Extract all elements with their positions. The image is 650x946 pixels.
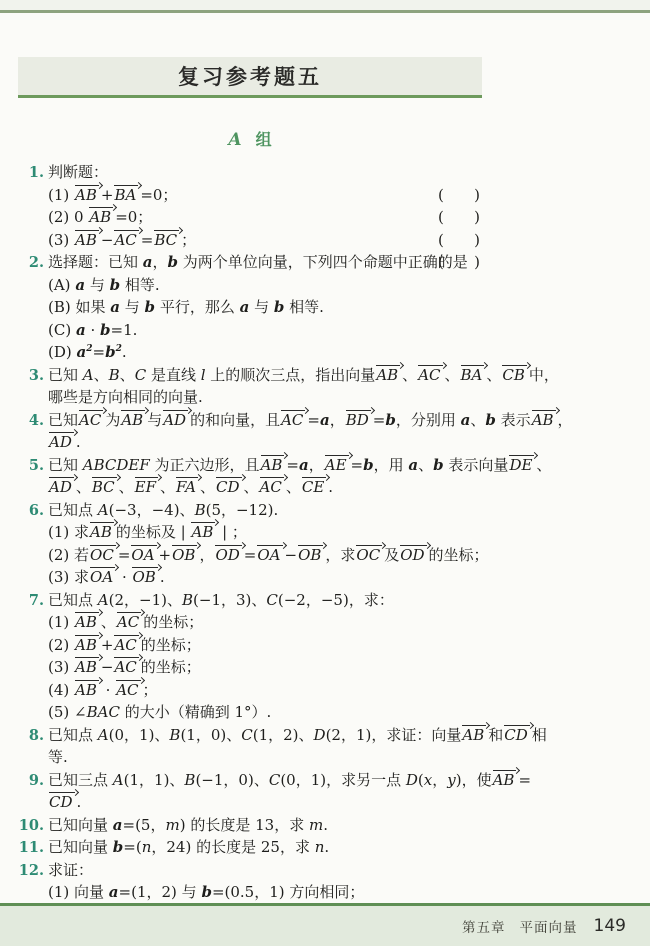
vector-notation: OC bbox=[355, 544, 384, 564]
problem-line: (1) AB、AC的坐标； bbox=[0, 611, 650, 634]
problem-line: (3) AB−AC的坐标； bbox=[0, 656, 650, 679]
problem-line: 9.已知三点 A(1，1)、B(−1，0)、C(0，1)，求另一点 D(x，y)… bbox=[0, 769, 650, 792]
problem-line: 7.已知点 A(2，−1)、B(−1，3)、C(−2，−5)，求： bbox=[0, 589, 650, 612]
problem-line: 4.已知AC为AB与AD的和向量，且AC=a，BD=b，分别用 a、b 表示AB… bbox=[0, 409, 650, 432]
problem-text: 已知向量 b=(n，24) 的长度是 25，求 n. bbox=[48, 836, 329, 859]
problem-number: 6. bbox=[18, 500, 44, 523]
group-heading: A组 bbox=[0, 127, 500, 150]
problem-line: (1) 求AB的坐标及 | AB | ； bbox=[0, 521, 650, 544]
problem-text: (A) a 与 b 相等. bbox=[48, 274, 160, 297]
vector-notation: CD bbox=[48, 791, 77, 811]
vector-notation: AB bbox=[74, 656, 101, 676]
problem-line: 10.已知向量 a=(5，m) 的长度是 13，求 m. bbox=[0, 814, 650, 837]
problem-text: (1) AB+BA=0； bbox=[48, 184, 177, 207]
problem-text: 哪些是方向相同的向量. bbox=[48, 386, 203, 409]
problem-text: (2) AB+AC的坐标； bbox=[48, 634, 201, 657]
problem-text: (1) 求AB的坐标及 | AB | ； bbox=[48, 521, 247, 544]
vector-notation: AB bbox=[74, 679, 101, 699]
problem-number: 2. bbox=[18, 252, 44, 275]
vector-notation: OB bbox=[171, 544, 199, 564]
problem-line: (2) 若OC=OA+OB，OD=OA−OB，求OC及OD的坐标； bbox=[0, 544, 650, 567]
problem-text: 求证： bbox=[48, 859, 93, 882]
vector-notation: CD bbox=[215, 476, 244, 496]
vector-notation: AB bbox=[375, 364, 402, 384]
answer-brackets: () bbox=[438, 251, 480, 274]
vector-notation: AC bbox=[113, 229, 140, 249]
vector-notation: OD bbox=[399, 544, 428, 564]
problem-number: 10. bbox=[18, 815, 44, 838]
vector-notation: AB bbox=[531, 409, 558, 429]
problem-line: (B) 如果 a 与 b 平行，那么 a 与 b 相等. bbox=[0, 296, 650, 319]
vector-notation: OC bbox=[89, 544, 118, 564]
problem-text: (1) AB、AC的坐标； bbox=[48, 611, 203, 634]
vector-notation: AB bbox=[492, 769, 519, 789]
vector-notation: AB bbox=[461, 724, 488, 744]
vector-notation: OB bbox=[131, 566, 159, 586]
vector-notation: AB bbox=[74, 184, 101, 204]
problem-number: 9. bbox=[18, 770, 44, 793]
group-letter: A bbox=[228, 130, 241, 150]
problem-line: AD. bbox=[0, 431, 650, 454]
problem-line: (2) 0 AB=0；() bbox=[0, 206, 650, 229]
vector-notation: EF bbox=[134, 476, 160, 496]
group-word: 组 bbox=[256, 130, 272, 149]
problem-text: (3) AB−AC的坐标； bbox=[48, 656, 201, 679]
vector-notation: OA bbox=[256, 544, 284, 564]
vector-notation: BC bbox=[153, 229, 181, 249]
problem-text: (3) 求OA · OB. bbox=[48, 566, 165, 589]
problem-line: (A) a 与 b 相等. bbox=[0, 274, 650, 297]
problem-line: (3) 求OA · OB. bbox=[0, 566, 650, 589]
problem-number: 12. bbox=[18, 860, 44, 883]
vector-notation: AD bbox=[162, 409, 190, 429]
problem-text: (2) 0 AB=0； bbox=[48, 206, 152, 229]
vector-notation: BA bbox=[113, 184, 140, 204]
vector-notation: BC bbox=[91, 476, 119, 496]
problem-text: (5) ∠BAC 的大小（精确到 1°）. bbox=[48, 701, 271, 724]
problem-line: 3.已知 A、B、C 是直线 l 上的顺次三点，指出向量AB、AC、BA、CB中… bbox=[0, 364, 650, 387]
page-top-margin bbox=[0, 0, 650, 10]
problem-text: (3) AB−AC=BC； bbox=[48, 229, 196, 252]
vector-notation: OA bbox=[130, 544, 158, 564]
vector-notation: FA bbox=[175, 476, 200, 496]
vector-notation: AC bbox=[280, 409, 307, 429]
problem-line: 6.已知点 A(−3，−4)、B(5，−12). bbox=[0, 499, 650, 522]
problem-number: 1. bbox=[18, 162, 44, 185]
problem-line: 11.已知向量 b=(n，24) 的长度是 25，求 n. bbox=[0, 836, 650, 859]
vector-notation: OB bbox=[297, 544, 325, 564]
problem-text: AD、BC、EF、FA、CD、AC、CE. bbox=[48, 476, 333, 499]
vector-notation: AE bbox=[324, 454, 351, 474]
problem-text: CD. bbox=[48, 791, 81, 814]
problem-line: (1) 向量 a=(1，2) 与 b=(0.5，1) 方向相同； bbox=[0, 881, 650, 904]
problem-line: (2) AB+AC的坐标； bbox=[0, 634, 650, 657]
vector-notation: CE bbox=[301, 476, 328, 496]
problem-number: 7. bbox=[18, 590, 44, 613]
problem-line: 12.求证： bbox=[0, 859, 650, 882]
vector-notation: AC bbox=[78, 409, 105, 429]
vector-notation: AC bbox=[115, 679, 142, 699]
vector-notation: AB bbox=[120, 409, 147, 429]
problem-text: 已知 A、B、C 是直线 l 上的顺次三点，指出向量AB、AC、BA、CB中， bbox=[48, 364, 559, 387]
vector-notation: AC bbox=[417, 364, 444, 384]
answer-brackets: () bbox=[438, 184, 480, 207]
problem-number: 5. bbox=[18, 455, 44, 478]
problem-line: (3) AB−AC=BC；() bbox=[0, 229, 650, 252]
vector-notation: CD bbox=[503, 724, 532, 744]
problem-line: (1) AB+BA=0；() bbox=[0, 184, 650, 207]
problem-line: 5.已知 ABCDEF 为正六边形，且AB=a，AE=b，用 a、b 表示向量D… bbox=[0, 454, 650, 477]
problem-line: 哪些是方向相同的向量. bbox=[0, 386, 650, 409]
problem-list: 1.判断题：(1) AB+BA=0；()(2) 0 AB=0；()(3) AB−… bbox=[0, 161, 650, 904]
footer-page-number: 149 bbox=[594, 916, 626, 936]
problem-line: (C) a · b=1. bbox=[0, 319, 650, 342]
problem-number: 4. bbox=[18, 410, 44, 433]
footer-section: 平面向量 bbox=[520, 916, 578, 936]
footer: 第五章 平面向量 149 bbox=[0, 906, 650, 946]
problem-text: (4) AB · AC； bbox=[48, 679, 158, 702]
problem-text: 已知AC为AB与AD的和向量，且AC=a，BD=b，分别用 a、b 表示AB， bbox=[48, 409, 573, 432]
vector-notation: AB bbox=[89, 521, 116, 541]
problem-text: 已知 ABCDEF 为正六边形，且AB=a，AE=b，用 a、b 表示向量DE、 bbox=[48, 454, 551, 477]
problem-text: 已知点 A(0，1)、B(1，0)、C(1，2)、D(2，1)，求证：向量AB和… bbox=[48, 724, 547, 747]
vector-notation: AB bbox=[88, 206, 115, 226]
vector-notation: AD bbox=[48, 431, 76, 451]
problem-text: AD. bbox=[48, 431, 81, 454]
vector-notation: AD bbox=[48, 476, 76, 496]
problem-line: (5) ∠BAC 的大小（精确到 1°）. bbox=[0, 701, 650, 724]
vector-notation: AB bbox=[260, 454, 287, 474]
vector-notation: AC bbox=[113, 634, 140, 654]
page-title: 复习参考题五 bbox=[178, 61, 322, 91]
vector-notation: AB bbox=[74, 611, 101, 631]
answer-brackets: () bbox=[438, 229, 480, 252]
problem-text: (B) 如果 a 与 b 平行，那么 a 与 b 相等. bbox=[48, 296, 324, 319]
vector-notation: OD bbox=[214, 544, 243, 564]
vector-notation: AC bbox=[116, 611, 143, 631]
vector-notation: BD bbox=[345, 409, 373, 429]
problem-line: 等. bbox=[0, 746, 650, 769]
problem-text: 已知点 A(2，−1)、B(−1，3)、C(−2，−5)，求： bbox=[48, 589, 394, 612]
problem-line: 1.判断题： bbox=[0, 161, 650, 184]
problem-line: (4) AB · AC； bbox=[0, 679, 650, 702]
chapter-title-box: 复习参考题五 bbox=[18, 57, 482, 98]
vector-notation: AB bbox=[74, 229, 101, 249]
vector-notation: BA bbox=[460, 364, 487, 384]
problem-line: (D) a2=b2. bbox=[0, 341, 650, 364]
problem-text: (D) a2=b2. bbox=[48, 341, 127, 364]
problem-text: 等. bbox=[48, 746, 68, 769]
footer-chapter: 第五章 bbox=[462, 916, 506, 936]
problem-number: 11. bbox=[18, 837, 44, 860]
textbook-page: 复习参考题五 A组 1.判断题：(1) AB+BA=0；()(2) 0 AB=0… bbox=[0, 0, 650, 946]
problem-line: 8.已知点 A(0，1)、B(1，0)、C(1，2)、D(2，1)，求证：向量A… bbox=[0, 724, 650, 747]
problem-text: 已知向量 a=(5，m) 的长度是 13，求 m. bbox=[48, 814, 328, 837]
vector-notation: OA bbox=[89, 566, 117, 586]
answer-brackets: () bbox=[438, 206, 480, 229]
vector-notation: AC bbox=[113, 656, 140, 676]
problem-text: 选择题：已知 a，b 为两个单位向量，下列四个命题中正确的是 bbox=[48, 251, 468, 274]
problem-number: 8. bbox=[18, 725, 44, 748]
vector-notation: CB bbox=[501, 364, 529, 384]
problem-text: 已知点 A(−3，−4)、B(5，−12). bbox=[48, 499, 278, 522]
top-rule-line bbox=[0, 10, 650, 13]
problem-line: 2.选择题：已知 a，b 为两个单位向量，下列四个命题中正确的是() bbox=[0, 251, 650, 274]
vector-notation: AC bbox=[259, 476, 286, 496]
problem-text: (2) 若OC=OA+OB，OD=OA−OB，求OC及OD的坐标； bbox=[48, 544, 489, 567]
problem-text: 判断题： bbox=[48, 161, 108, 184]
problem-line: CD. bbox=[0, 791, 650, 814]
problem-text: (1) 向量 a=(1，2) 与 b=(0.5，1) 方向相同； bbox=[48, 881, 364, 904]
problem-text: 已知三点 A(1，1)、B(−1，0)、C(0，1)，求另一点 D(x，y)，使… bbox=[48, 769, 531, 792]
vector-notation: AB bbox=[190, 521, 217, 541]
problem-line: AD、BC、EF、FA、CD、AC、CE. bbox=[0, 476, 650, 499]
problem-text: (C) a · b=1. bbox=[48, 319, 137, 342]
vector-notation: DE bbox=[508, 454, 536, 474]
vector-notation: AB bbox=[74, 634, 101, 654]
problem-number: 3. bbox=[18, 365, 44, 388]
